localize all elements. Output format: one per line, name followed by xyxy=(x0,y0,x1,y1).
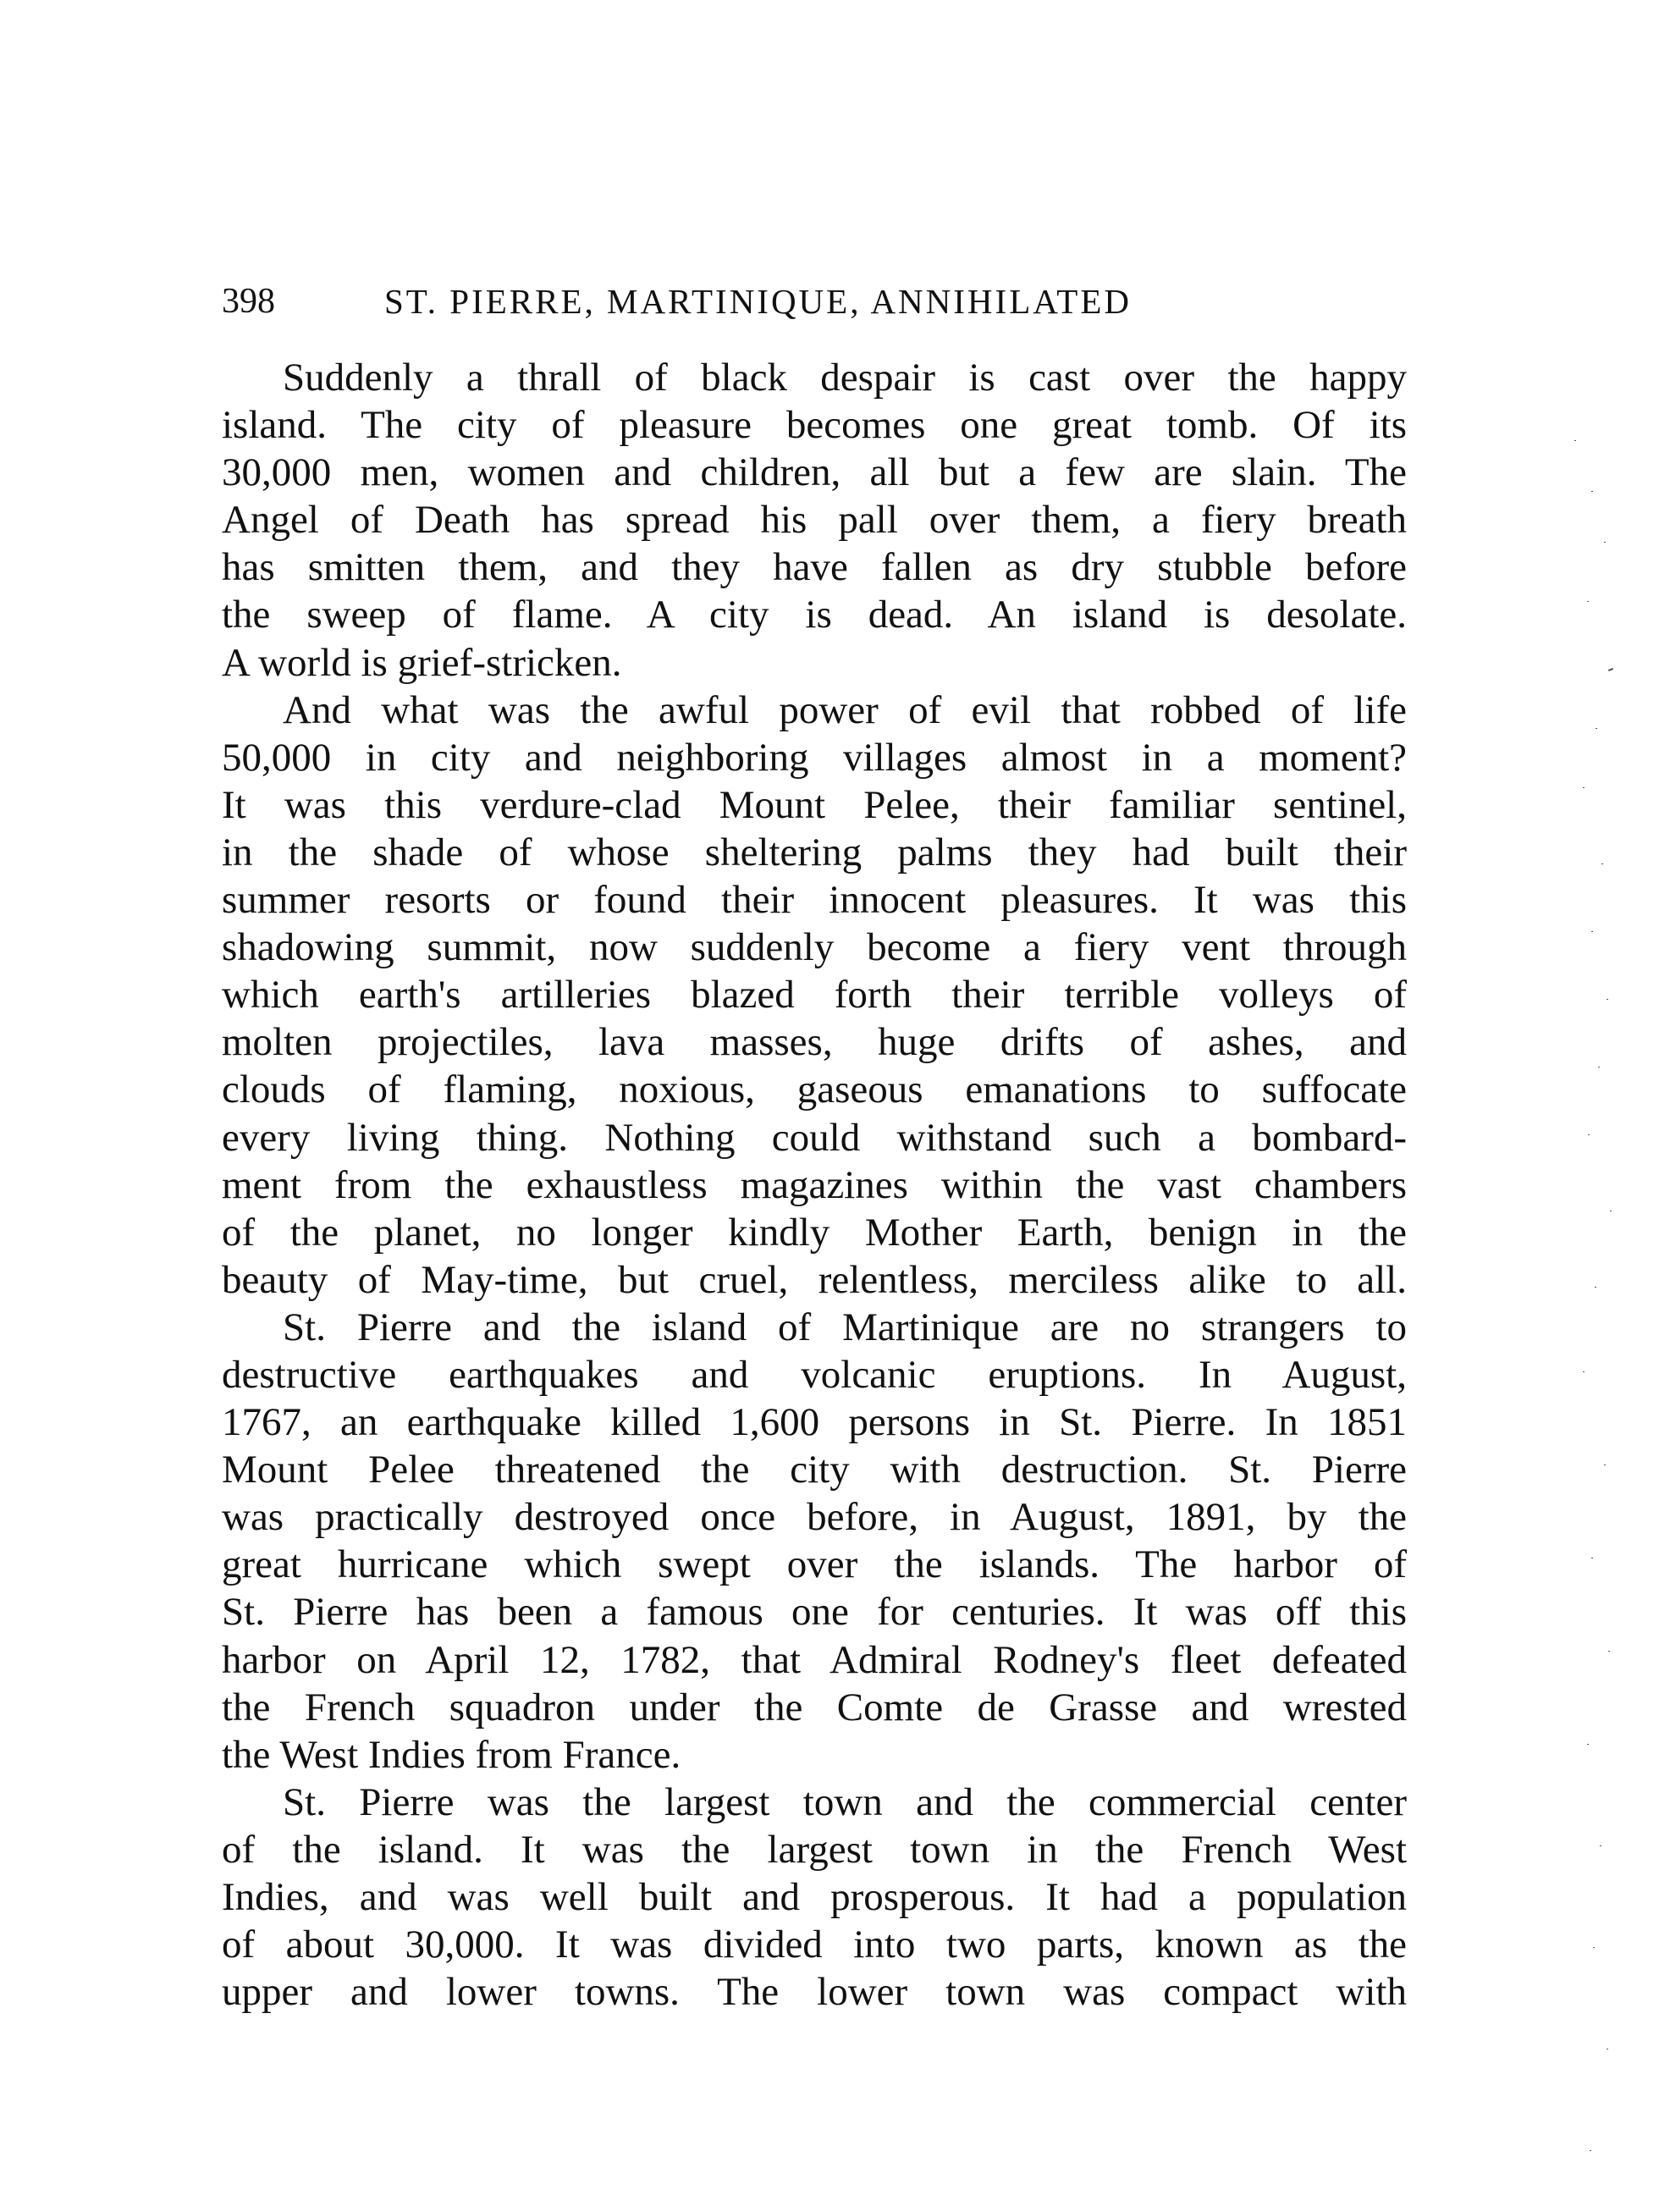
text-line: clouds of flaming, noxious, gaseous eman… xyxy=(222,1066,1407,1113)
book-page: 398 ST. PIERRE, MARTINIQUE, ANNIHILATED … xyxy=(0,0,1659,2212)
paragraph: St. Pierre was the largest town and the … xyxy=(222,1779,1407,2016)
text-line: ment from the exhaustless magazines with… xyxy=(222,1161,1407,1209)
text-line: upper and lower towns. The lower town wa… xyxy=(222,1968,1407,2016)
text-line: summer resorts or found their innocent p… xyxy=(222,876,1407,924)
text-line: island. The city of pleasure becomes one… xyxy=(222,401,1407,449)
text-line: of the island. It was the largest town i… xyxy=(222,1826,1407,1873)
text-line: Indies, and was well built and prosperou… xyxy=(222,1873,1407,1921)
text-line: Suddenly a thrall of black despair is ca… xyxy=(222,354,1407,401)
paragraph: And what was the awful power of evil tha… xyxy=(222,687,1407,1304)
running-head: 398 ST. PIERRE, MARTINIQUE, ANNIHILATED xyxy=(222,276,1424,327)
text-line: which earth's artilleries blazed forth t… xyxy=(222,971,1407,1018)
text-line: A world is grief-stricken. xyxy=(222,639,1407,687)
text-line: the West Indies from France. xyxy=(222,1731,1407,1779)
text-line: It was this verdure-clad Mount Pelee, th… xyxy=(222,781,1407,829)
paragraph: St. Pierre and the island of Martinique … xyxy=(222,1304,1407,1779)
text-line: St. Pierre was the largest town and the … xyxy=(222,1779,1407,1826)
text-line: the sweep of flame. A city is dead. An i… xyxy=(222,591,1407,638)
text-line: shadowing summit, now suddenly become a … xyxy=(222,924,1407,971)
paragraph: Suddenly a thrall of black despair is ca… xyxy=(222,354,1407,687)
text-line: 30,000 men, women and children, all but … xyxy=(222,449,1407,496)
text-line: great hurricane which swept over the isl… xyxy=(222,1541,1407,1588)
text-line: destructive earthquakes and volcanic eru… xyxy=(222,1351,1407,1398)
text-line: 50,000 in city and neighboring villages … xyxy=(222,734,1407,781)
text-line: has smitten them, and they have fallen a… xyxy=(222,543,1407,591)
text-line: St. Pierre and the island of Martinique … xyxy=(222,1304,1407,1351)
text-line: of the planet, no longer kindly Mother E… xyxy=(222,1209,1407,1256)
text-line: every living thing. Nothing could withst… xyxy=(222,1114,1407,1161)
text-line: Angel of Death has spread his pall over … xyxy=(222,496,1407,543)
text-line: Mount Pelee threatened the city with des… xyxy=(222,1446,1407,1493)
text-line: of about 30,000. It was divided into two… xyxy=(222,1921,1407,1968)
body-text: Suddenly a thrall of black despair is ca… xyxy=(222,354,1407,2016)
text-line: beauty of May-time, but cruel, relentles… xyxy=(222,1256,1407,1304)
text-line: harbor on April 12, 1782, that Admiral R… xyxy=(222,1636,1407,1684)
scan-noise xyxy=(1557,423,1634,2201)
text-line: And what was the awful power of evil tha… xyxy=(222,687,1407,734)
page-number: 398 xyxy=(222,276,275,327)
text-line: 1767, an earthquake killed 1,600 persons… xyxy=(222,1398,1407,1446)
running-title: ST. PIERRE, MARTINIQUE, ANNIHILATED xyxy=(384,276,1132,327)
text-line: was practically destroyed once before, i… xyxy=(222,1493,1407,1541)
text-line: the French squadron under the Comte de G… xyxy=(222,1684,1407,1731)
text-line: molten projectiles, lava masses, huge dr… xyxy=(222,1018,1407,1066)
text-line: in the shade of whose sheltering palms t… xyxy=(222,829,1407,876)
text-line: St. Pierre has been a famous one for cen… xyxy=(222,1588,1407,1636)
